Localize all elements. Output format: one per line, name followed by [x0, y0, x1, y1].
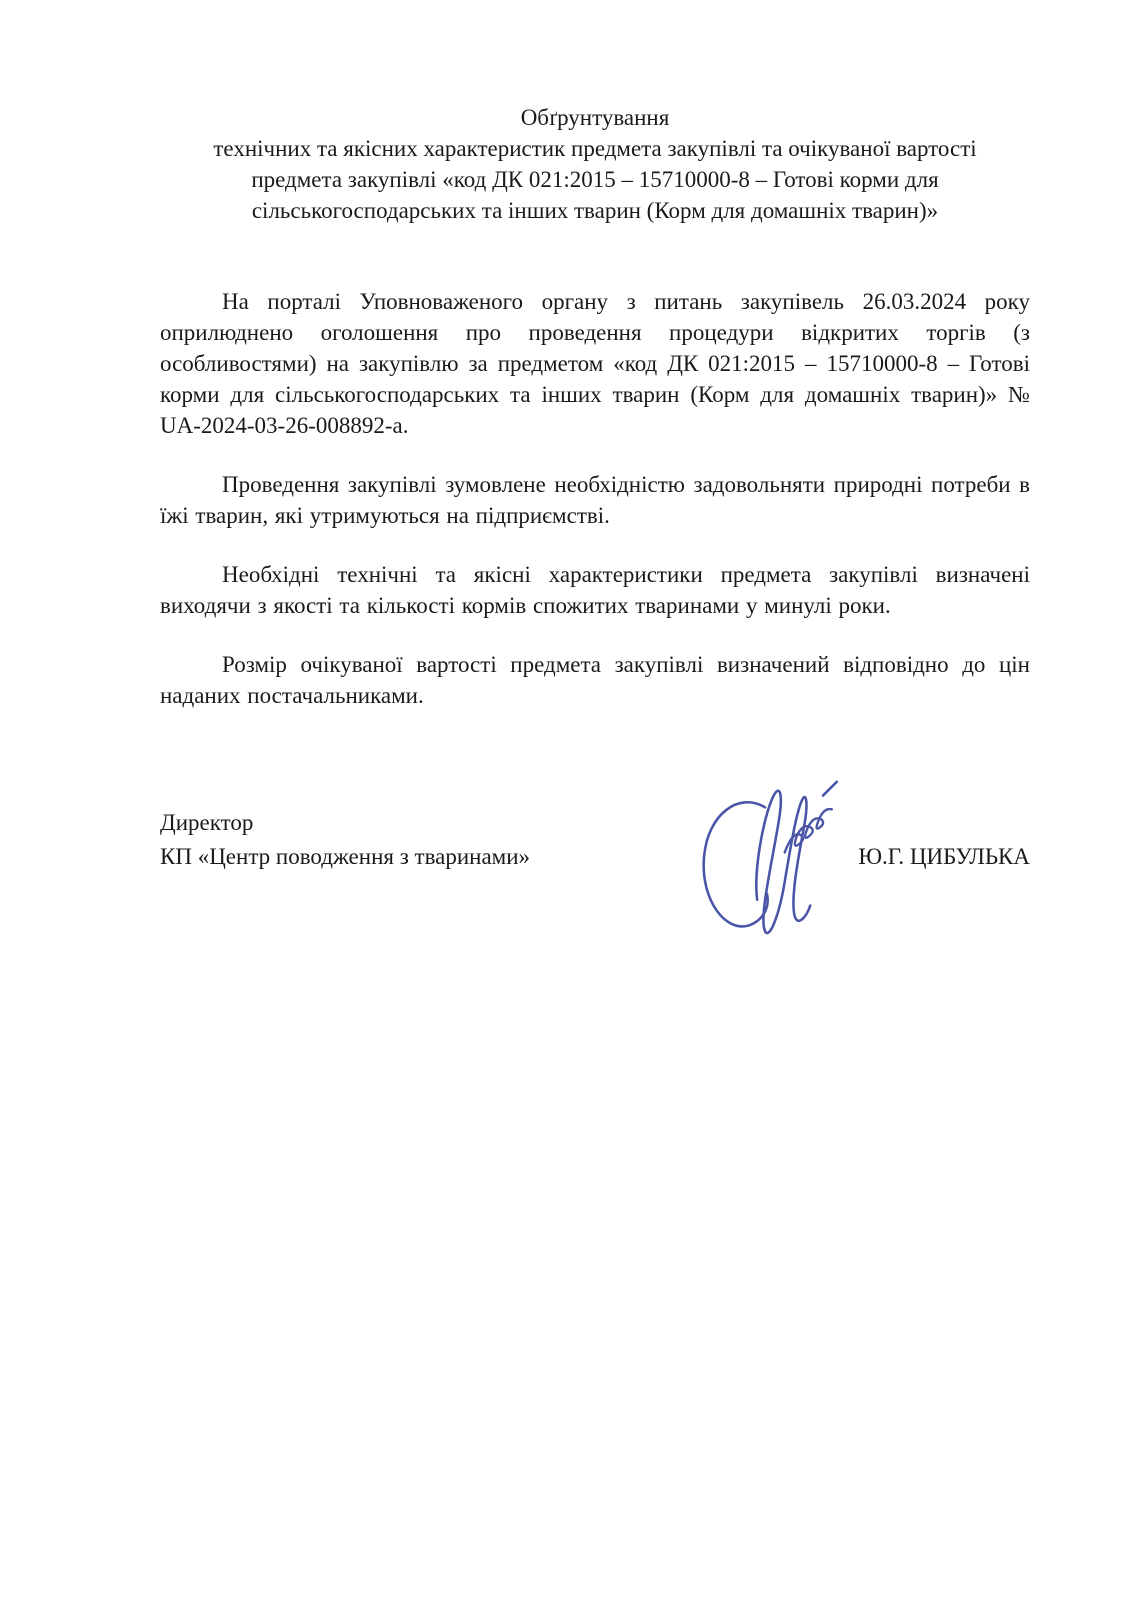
title-line-4: сільськогосподарських та інших тварин (К… — [160, 195, 1030, 226]
organization-name: КП «Центр поводження з тваринами» — [160, 840, 530, 874]
signature-dash-stroke — [823, 782, 837, 796]
document-title: Обґрунтування технічних та якісних харак… — [160, 102, 1030, 226]
signature-oval-stroke — [704, 802, 768, 926]
document-page: Обґрунтування технічних та якісних харак… — [0, 0, 1131, 1600]
paragraph-expected-value: Розмір очікуваної вартості предмета заку… — [160, 649, 1030, 711]
signature-block: Директор КП «Центр поводження з тваринам… — [160, 806, 1030, 874]
signatory-position: Директор КП «Центр поводження з тваринам… — [160, 806, 530, 874]
signature-curls-stroke — [785, 809, 832, 853]
paragraph-characteristics: Необхідні технічні та якісні характерист… — [160, 559, 1030, 621]
director-title: Директор — [160, 806, 530, 840]
signature-ink — [690, 770, 842, 942]
paragraph-purpose: Проведення закупівлі зумовлене необхідні… — [160, 469, 1030, 531]
title-line-1: Обґрунтування — [160, 102, 1030, 133]
title-line-3: предмета закупівлі «код ДК 021:2015 – 15… — [160, 164, 1030, 195]
paragraph-announcement: На порталі Уповноваженого органу з питан… — [160, 286, 1030, 441]
document-content: Обґрунтування технічних та якісних харак… — [160, 0, 1030, 874]
signer-name: Ю.Г. ЦИБУЛЬКА — [858, 840, 1030, 874]
title-line-2: технічних та якісних характеристик предм… — [160, 133, 1030, 164]
signature-loops-stroke — [756, 791, 810, 933]
